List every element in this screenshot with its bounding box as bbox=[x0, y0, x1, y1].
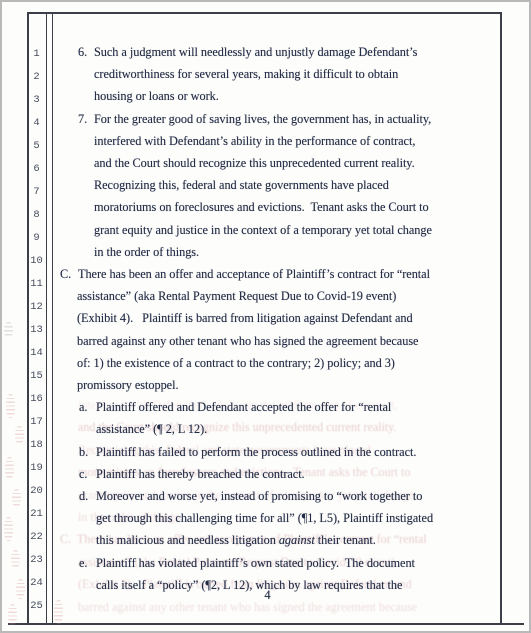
bottom-rule bbox=[8, 623, 524, 625]
line-number: 5 bbox=[25, 140, 48, 152]
line-number: 2 bbox=[25, 71, 48, 83]
document-line: barred against any other tenant who has … bbox=[77, 334, 418, 349]
line-number: 13 bbox=[25, 324, 48, 336]
document-line: 7.For the greater good of saving lives, … bbox=[78, 112, 431, 127]
document-line: in the order of things. bbox=[94, 245, 199, 260]
document-line: C.There has been an offer and acceptance… bbox=[60, 267, 430, 282]
line-number: 17 bbox=[25, 416, 48, 428]
document-line: grant equity and justice in the context … bbox=[94, 223, 432, 238]
document-line: interfered with Defendant’s ability in t… bbox=[94, 134, 415, 149]
document-line: of: 1) the existence of a contract to th… bbox=[77, 356, 395, 371]
document-line: b.Plaintiff has failed to perform the pr… bbox=[79, 445, 416, 460]
page-number: 4 bbox=[2, 588, 531, 603]
line-number: 7 bbox=[25, 186, 48, 198]
document-line: e.Plaintiff has violated plaintiff’s own… bbox=[79, 556, 415, 571]
document-line: a.Plaintiff offered and Defendant accept… bbox=[79, 400, 391, 415]
document-line: promissory estoppel. bbox=[77, 378, 178, 393]
margin-smudge bbox=[4, 322, 13, 338]
line-number: 16 bbox=[25, 393, 48, 405]
list-marker: d. bbox=[79, 489, 96, 504]
right-margin-rule bbox=[500, 12, 502, 624]
list-marker: e. bbox=[79, 556, 96, 571]
margin-smudge bbox=[5, 457, 14, 479]
line-number: 14 bbox=[25, 347, 48, 359]
scanned-document-page: 1234567891011121314151617181920212223242… bbox=[0, 0, 531, 633]
list-marker: C. bbox=[60, 267, 78, 282]
line-number: 15 bbox=[25, 370, 48, 382]
document-line: and the Court should recognize this unpr… bbox=[94, 156, 415, 171]
document-line: c.Plaintiff has thereby breached the con… bbox=[79, 467, 305, 482]
line-number: 10 bbox=[25, 255, 48, 267]
list-marker: 7. bbox=[78, 112, 94, 127]
line-number: 4 bbox=[25, 117, 48, 129]
document-line: (Exhibit 4). Plaintiff is barred from li… bbox=[77, 311, 413, 326]
list-marker: a. bbox=[79, 400, 96, 415]
line-number: 21 bbox=[25, 508, 48, 520]
document-line: this malicious and needless litigation a… bbox=[96, 533, 376, 548]
margin-smudge bbox=[12, 489, 21, 507]
line-number: 23 bbox=[25, 554, 48, 566]
line-number: 1 bbox=[25, 48, 48, 60]
line-number: 11 bbox=[25, 278, 48, 290]
line-number: 9 bbox=[25, 232, 48, 244]
document-line: assistance” (aka Rental Payment Request … bbox=[77, 289, 396, 304]
line-number: 20 bbox=[25, 485, 48, 497]
emphasized-word: against bbox=[279, 533, 315, 547]
line-number: 18 bbox=[25, 439, 48, 451]
document-line: housing or loans or work. bbox=[94, 89, 219, 104]
document-line: assistance” (¶ 2, L 12). bbox=[96, 422, 207, 437]
document-line: Recognizing this, federal and state gove… bbox=[94, 178, 389, 193]
top-rule bbox=[27, 12, 501, 14]
line-number: 8 bbox=[25, 209, 48, 221]
line-number: 12 bbox=[25, 301, 48, 313]
margin-smudge bbox=[54, 600, 63, 624]
margin-smudge bbox=[6, 394, 15, 418]
margin-smudge bbox=[16, 579, 25, 599]
line-number: 3 bbox=[25, 94, 48, 106]
document-line: 6.Such a judgment will needlessly and un… bbox=[78, 45, 417, 60]
margin-smudge bbox=[11, 550, 20, 568]
list-marker: c. bbox=[79, 467, 96, 482]
margin-smudge bbox=[4, 517, 13, 541]
document-line: moratoriums on foreclosures and eviction… bbox=[94, 200, 429, 215]
document-line: d.Moreover and worse yet, instead of pro… bbox=[79, 489, 422, 504]
line-number: 19 bbox=[25, 462, 48, 474]
document-line: get through this challenging time for al… bbox=[96, 511, 433, 526]
margin-smudge bbox=[8, 604, 17, 626]
document-line: creditworthiness for several years, maki… bbox=[94, 67, 398, 82]
margin-smudge bbox=[15, 426, 24, 444]
list-marker: b. bbox=[79, 445, 96, 460]
line-number: 6 bbox=[25, 163, 48, 175]
list-marker: 6. bbox=[78, 45, 94, 60]
line-number: 22 bbox=[25, 531, 48, 543]
